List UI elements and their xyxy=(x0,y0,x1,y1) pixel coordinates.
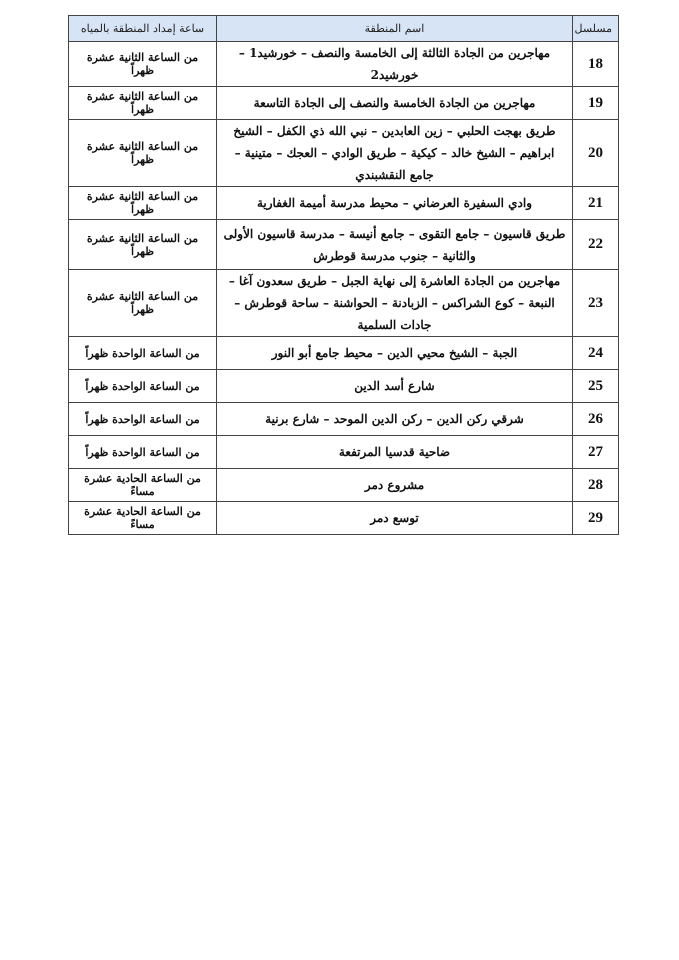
serial-cell: 19 xyxy=(573,87,619,120)
serial-cell: 20 xyxy=(573,120,619,187)
area-cell: شارع أسد الدين xyxy=(217,370,573,403)
time-cell: من الساعة الحادية عشرة مساءً xyxy=(69,502,217,535)
table-row: 23مهاجرين من الجادة العاشرة إلى نهاية ال… xyxy=(69,270,619,337)
serial-cell: 26 xyxy=(573,403,619,436)
table-row: 26شرقي ركن الدين – ركن الدين الموحد – شا… xyxy=(69,403,619,436)
header-time: ساعة إمداد المنطقة بالمياه xyxy=(69,16,217,42)
area-cell: وادي السفيرة العرضاني – محيط مدرسة أميمة… xyxy=(217,187,573,220)
table-row: 22طريق قاسيون – جامع التقوى – جامع أنيسة… xyxy=(69,220,619,270)
time-cell: من الساعة الثانية عشرة ظهراً xyxy=(69,87,217,120)
table-row: 27ضاحية قدسيا المرتفعةمن الساعة الواحدة … xyxy=(69,436,619,469)
table-row: 24الجبة – الشيخ محيي الدين – محيط جامع أ… xyxy=(69,337,619,370)
serial-cell: 28 xyxy=(573,469,619,502)
time-cell: من الساعة الثانية عشرة ظهراً xyxy=(69,187,217,220)
serial-cell: 22 xyxy=(573,220,619,270)
serial-cell: 24 xyxy=(573,337,619,370)
table-row: 19مهاجرين من الجادة الخامسة والنصف إلى ا… xyxy=(69,87,619,120)
area-cell: مهاجرين من الجادة الخامسة والنصف إلى الج… xyxy=(217,87,573,120)
time-cell: من الساعة الحادية عشرة مساءً xyxy=(69,469,217,502)
area-cell: الجبة – الشيخ محيي الدين – محيط جامع أبو… xyxy=(217,337,573,370)
serial-cell: 18 xyxy=(573,42,619,87)
time-cell: من الساعة الواحدة ظهراً xyxy=(69,436,217,469)
area-cell: توسع دمر xyxy=(217,502,573,535)
area-cell: طريق بهجت الحلبي – زين العابدين – نبي ال… xyxy=(217,120,573,187)
time-cell: من الساعة الثانية عشرة ظهراً xyxy=(69,42,217,87)
area-cell: مشروع دمر xyxy=(217,469,573,502)
table-row: 21وادي السفيرة العرضاني – محيط مدرسة أمي… xyxy=(69,187,619,220)
area-cell: مهاجرين من الجادة الثالثة إلى الخامسة وا… xyxy=(217,42,573,87)
area-cell: مهاجرين من الجادة العاشرة إلى نهاية الجب… xyxy=(217,270,573,337)
table-body: 18مهاجرين من الجادة الثالثة إلى الخامسة … xyxy=(69,42,619,535)
time-cell: من الساعة الواحدة ظهراً xyxy=(69,403,217,436)
table-row: 29توسع دمرمن الساعة الحادية عشرة مساءً xyxy=(69,502,619,535)
time-cell: من الساعة الواحدة ظهراً xyxy=(69,337,217,370)
header-area: اسم المنطقة xyxy=(217,16,573,42)
area-cell: طريق قاسيون – جامع التقوى – جامع أنيسة –… xyxy=(217,220,573,270)
time-cell: من الساعة الثانية عشرة ظهراً xyxy=(69,120,217,187)
table-row: 18مهاجرين من الجادة الثالثة إلى الخامسة … xyxy=(69,42,619,87)
serial-cell: 27 xyxy=(573,436,619,469)
header-serial: مسلسل xyxy=(573,16,619,42)
serial-cell: 23 xyxy=(573,270,619,337)
table-row: 20طريق بهجت الحلبي – زين العابدين – نبي … xyxy=(69,120,619,187)
area-cell: ضاحية قدسيا المرتفعة xyxy=(217,436,573,469)
serial-cell: 29 xyxy=(573,502,619,535)
serial-cell: 21 xyxy=(573,187,619,220)
table-row: 28مشروع دمرمن الساعة الحادية عشرة مساءً xyxy=(69,469,619,502)
serial-cell: 25 xyxy=(573,370,619,403)
table-header-row: مسلسل اسم المنطقة ساعة إمداد المنطقة بال… xyxy=(69,16,619,42)
time-cell: من الساعة الثانية عشرة ظهراً xyxy=(69,270,217,337)
time-cell: من الساعة الثانية عشرة ظهراً xyxy=(69,220,217,270)
time-cell: من الساعة الواحدة ظهراً xyxy=(69,370,217,403)
table-row: 25شارع أسد الدينمن الساعة الواحدة ظهراً xyxy=(69,370,619,403)
area-cell: شرقي ركن الدين – ركن الدين الموحد – شارع… xyxy=(217,403,573,436)
water-schedule-table: مسلسل اسم المنطقة ساعة إمداد المنطقة بال… xyxy=(68,15,619,535)
